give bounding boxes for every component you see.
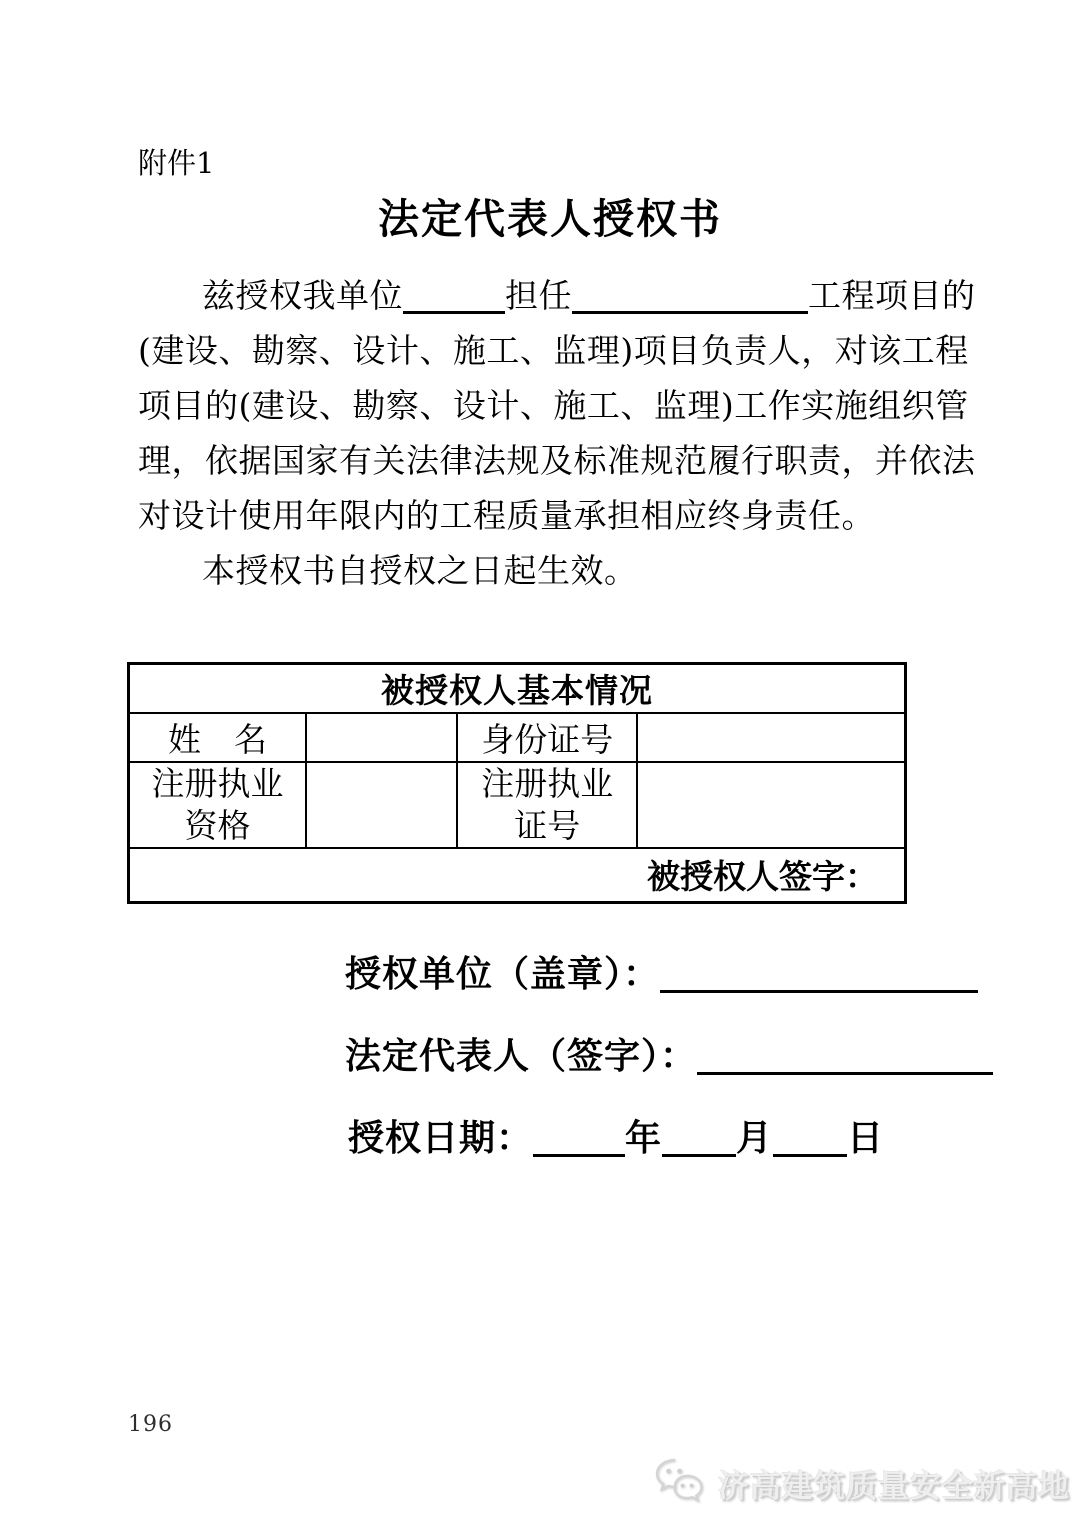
body-line-3: 项目的(建设、勘察、设计、施工、监理)工作实施组织管 [138, 378, 966, 433]
authorized-person-table: 被授权人基本情况 姓 名 身份证号 注册执业 资格 注册执业 证号 被授权人签字… [127, 662, 907, 904]
authorization-date-row: 授权日期：年月日 [348, 1110, 1080, 1156]
fill-in-blank-unit [403, 281, 505, 314]
table-row: 姓 名 身份证号 [129, 713, 906, 762]
unit-signature-line [660, 958, 978, 993]
month-blank-line [662, 1122, 736, 1157]
legal-representative-label: 法定代表人（签字）： [345, 1035, 697, 1077]
signature-section: 授权单位（盖章）： 法定代表人（签字）： 授权日期：年月日 [0, 946, 1080, 1156]
authorizing-unit-row: 授权单位（盖章）： [345, 946, 1080, 992]
name-value-cell [306, 713, 457, 762]
watermark-text: 济高建筑质量安全新高地 [718, 1461, 1070, 1506]
name-label: 姓 名 [129, 713, 307, 762]
legal-representative-signature-line [697, 1040, 993, 1075]
page-number: 196 [128, 1412, 173, 1437]
body-text-segment: 担任 [505, 276, 572, 315]
year-label: 年 [625, 1117, 662, 1159]
month-label: 月 [736, 1117, 773, 1159]
fill-in-blank-person [572, 281, 808, 314]
table-signature-row: 被授权人签字： [129, 848, 906, 903]
table-title: 被授权人基本情况 [129, 663, 906, 713]
body-line-4: 理，依据国家有关法律法规及标准规范履行职责，并依法 [138, 433, 966, 488]
body-text-segment: 工程项目的 [808, 276, 976, 315]
body-line-2: (建设、勘察、设计、施工、监理)项目负责人，对该工程 [138, 323, 966, 378]
wechat-icon [654, 1458, 710, 1508]
page-title: 法定代表人授权书 [138, 197, 962, 242]
attachment-label: 附件1 [138, 146, 1080, 181]
day-blank-line [773, 1122, 847, 1157]
year-blank-line [533, 1122, 625, 1157]
registered-qualification-label: 注册执业 资格 [129, 762, 307, 848]
authorized-person-signature-label: 被授权人签字： [129, 848, 906, 903]
watermark: 济高建筑质量安全新高地 [654, 1458, 1070, 1508]
body-line-6: 本授权书自授权之日起生效。 [138, 543, 966, 598]
body-text-segment: 兹授权我单位 [202, 276, 403, 315]
registered-cert-number-label: 注册执业 证号 [457, 762, 637, 848]
table-header-row: 被授权人基本情况 [129, 663, 906, 713]
day-label: 日 [847, 1117, 884, 1159]
id-number-label: 身份证号 [457, 713, 637, 762]
table-row: 注册执业 资格 注册执业 证号 [129, 762, 906, 848]
registered-qualification-value-cell [306, 762, 457, 848]
body-line-1: 兹授权我单位担任工程项目的 [138, 268, 966, 323]
authorizing-unit-label: 授权单位（盖章）： [345, 953, 660, 995]
document-page: 附件1 法定代表人授权书 兹授权我单位担任工程项目的 (建设、勘察、设计、施工、… [0, 0, 1080, 1526]
body-line-5: 对设计使用年限内的工程质量承担相应终身责任。 [138, 488, 966, 543]
id-number-value-cell [637, 713, 905, 762]
registered-cert-number-value-cell [637, 762, 905, 848]
body-paragraph: 兹授权我单位担任工程项目的 (建设、勘察、设计、施工、监理)项目负责人，对该工程… [138, 268, 966, 598]
legal-representative-row: 法定代表人（签字）： [345, 1028, 1080, 1074]
authorization-date-label: 授权日期： [348, 1117, 533, 1159]
